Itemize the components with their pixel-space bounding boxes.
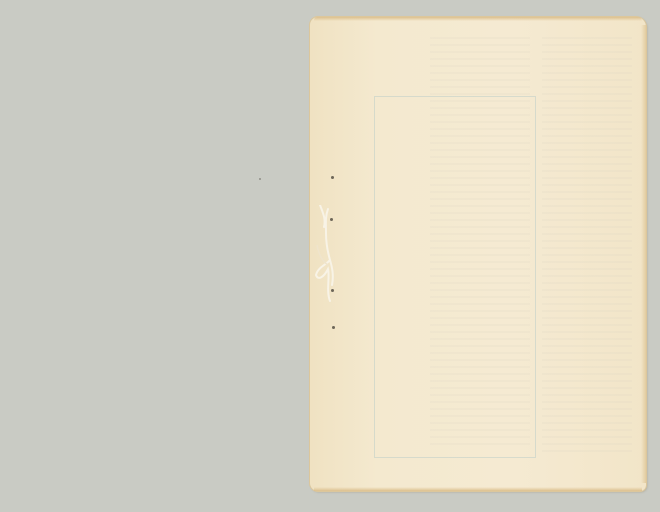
booklet-bottom-edge xyxy=(314,487,642,491)
show-through-text-block-right xyxy=(542,37,632,457)
binding-hole xyxy=(331,176,334,179)
booklet-right-edge xyxy=(641,25,646,483)
show-through-frame xyxy=(374,96,536,458)
aged-booklet xyxy=(310,17,646,491)
binding-string-bow-icon xyxy=(314,205,336,305)
background-speck xyxy=(259,178,261,180)
binding-hole xyxy=(332,326,335,329)
booklet-top-edge xyxy=(314,17,642,21)
